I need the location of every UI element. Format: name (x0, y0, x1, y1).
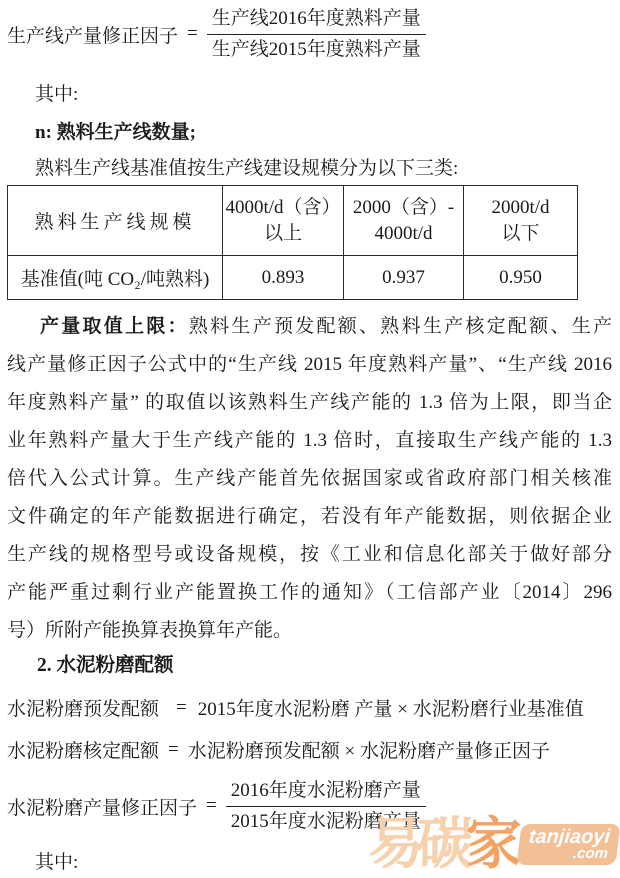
header-medium-line1: 2000（含）- (346, 195, 461, 221)
header-cell-small-scale: 2000t/d 以下 (464, 186, 578, 256)
paragraph-lead: 产量取值上限： (40, 316, 189, 337)
formula-rhs: 水泥粉磨预发配额 × 水泥粉磨产量修正因子 (188, 736, 550, 763)
paragraph-line: 产能严重过剩行业产能置换工作的通知》（工信部产业〔2014〕296 (7, 574, 612, 612)
equals-sign: = (187, 23, 198, 45)
formula-lhs: 水泥粉磨产量修正因子 (7, 793, 197, 820)
paragraph-line: 号）所附产能换算表换算年产能。 (7, 612, 612, 650)
clinker-factor-formula: 生产线产量修正因子 = 生产线2016年度熟料产量 生产线2015年度熟料产量 (7, 6, 612, 62)
fraction-denominator: 生产线2015年度熟料产量 (207, 35, 426, 62)
formula-lhs: 水泥粉磨核定配额 (7, 736, 159, 763)
table-data-row: 基准值(吨 CO₂/吨熟料) 0.893 0.937 0.950 (8, 256, 578, 300)
fraction: 2016年度水泥粉磨产量 2015年度水泥粉磨产量 (226, 778, 426, 834)
among-label-2: 其中: (7, 850, 612, 876)
cement-pre-quota-formula: 水泥粉磨预发配额 = 2015年度水泥粉磨 产量 × 水泥粉磨行业基准值 (7, 694, 612, 721)
row-label-baseline-value: 基准值(吨 CO₂/吨熟料) (8, 256, 223, 300)
equals-sign: = (206, 795, 217, 817)
formula-rhs: 2015年度水泥粉磨 产量 × 水泥粉磨行业基准值 (198, 694, 584, 721)
variable-n-definition: n: 熟料生产线数量; (7, 120, 612, 146)
baseline-value-large: 0.893 (223, 256, 344, 300)
baseline-value-medium: 0.937 (344, 256, 464, 300)
equals-sign: = (176, 697, 187, 719)
among-label-1: 其中: (7, 82, 612, 108)
header-medium-line2: 4000t/d (346, 221, 461, 247)
paragraph-line: 业年熟料产量大于生产线产能的 1.3 倍时，直接取生产线产能的 1.3 (7, 422, 612, 460)
table-intro: 熟料生产线基准值按生产线建设规模分为以下三类: (7, 156, 612, 182)
fraction-numerator: 生产线2016年度熟料产量 (207, 6, 426, 35)
header-small-line1: 2000t/d (466, 195, 575, 221)
paragraph-line: 文件确定的年产能数据进行确定，若没有年产能数据，则依据企业 (7, 498, 612, 536)
paragraph-line: 产量取值上限：熟料生产预发配额、熟料生产核定配额、生产 (7, 308, 612, 346)
paragraph-line: 生产线的规格型号或设备规模，按《工业和信息化部关于做好部分 (7, 536, 612, 574)
fraction-denominator: 2015年度水泥粉磨产量 (226, 807, 426, 834)
header-large-line1: 4000t/d（含） (225, 195, 341, 221)
baseline-value-small: 0.950 (464, 256, 578, 300)
header-large-line2: 以上 (225, 221, 341, 247)
paragraph-line: 线产量修正因子公式中的“生产线 2015 年度熟料产量”、“生产线 2016 (7, 346, 612, 384)
baseline-table: 熟料生产线规模 4000t/d（含） 以上 2000（含）- 4000t/d 2… (7, 185, 578, 300)
paragraph-lead-rest: 熟料生产预发配额、熟料生产核定配额、生产 (189, 316, 612, 337)
paragraph-line: 倍代入公式计算。生产线产能首先依据国家或省政府部门相关核准 (7, 460, 612, 498)
fraction: 生产线2016年度熟料产量 生产线2015年度熟料产量 (207, 6, 426, 62)
equals-sign: = (168, 739, 179, 761)
header-small-line2: 以下 (466, 221, 575, 247)
section-heading-cement-grinding: 2. 水泥粉磨配额 (7, 652, 612, 680)
table-header-row: 熟料生产线规模 4000t/d（含） 以上 2000（含）- 4000t/d 2… (8, 186, 578, 256)
header-cell-scale: 熟料生产线规模 (8, 186, 223, 256)
header-cell-medium-scale: 2000（含）- 4000t/d (344, 186, 464, 256)
grinding-factor-formula: 水泥粉磨产量修正因子 = 2016年度水泥粉磨产量 2015年度水泥粉磨产量 (7, 778, 612, 834)
formula-lhs: 水泥粉磨预发配额 (7, 694, 159, 721)
formula-lhs: 生产线产量修正因子 (7, 21, 178, 48)
paragraph-line: 年度熟料产量” 的取值以该熟料生产线产能的 1.3 倍为上限，即当企 (7, 384, 612, 422)
production-limit-paragraph: 产量取值上限：熟料生产预发配额、熟料生产核定配额、生产 线产量修正因子公式中的“… (7, 308, 612, 650)
cement-verified-quota-formula: 水泥粉磨核定配额 = 水泥粉磨预发配额 × 水泥粉磨产量修正因子 (7, 736, 612, 763)
header-cell-large-scale: 4000t/d（含） 以上 (223, 186, 344, 256)
document-content: 生产线产量修正因子 = 生产线2016年度熟料产量 生产线2015年度熟料产量 … (0, 0, 620, 876)
document-page: 生产线产量修正因子 = 生产线2016年度熟料产量 生产线2015年度熟料产量 … (0, 0, 620, 878)
fraction-numerator: 2016年度水泥粉磨产量 (226, 778, 426, 807)
